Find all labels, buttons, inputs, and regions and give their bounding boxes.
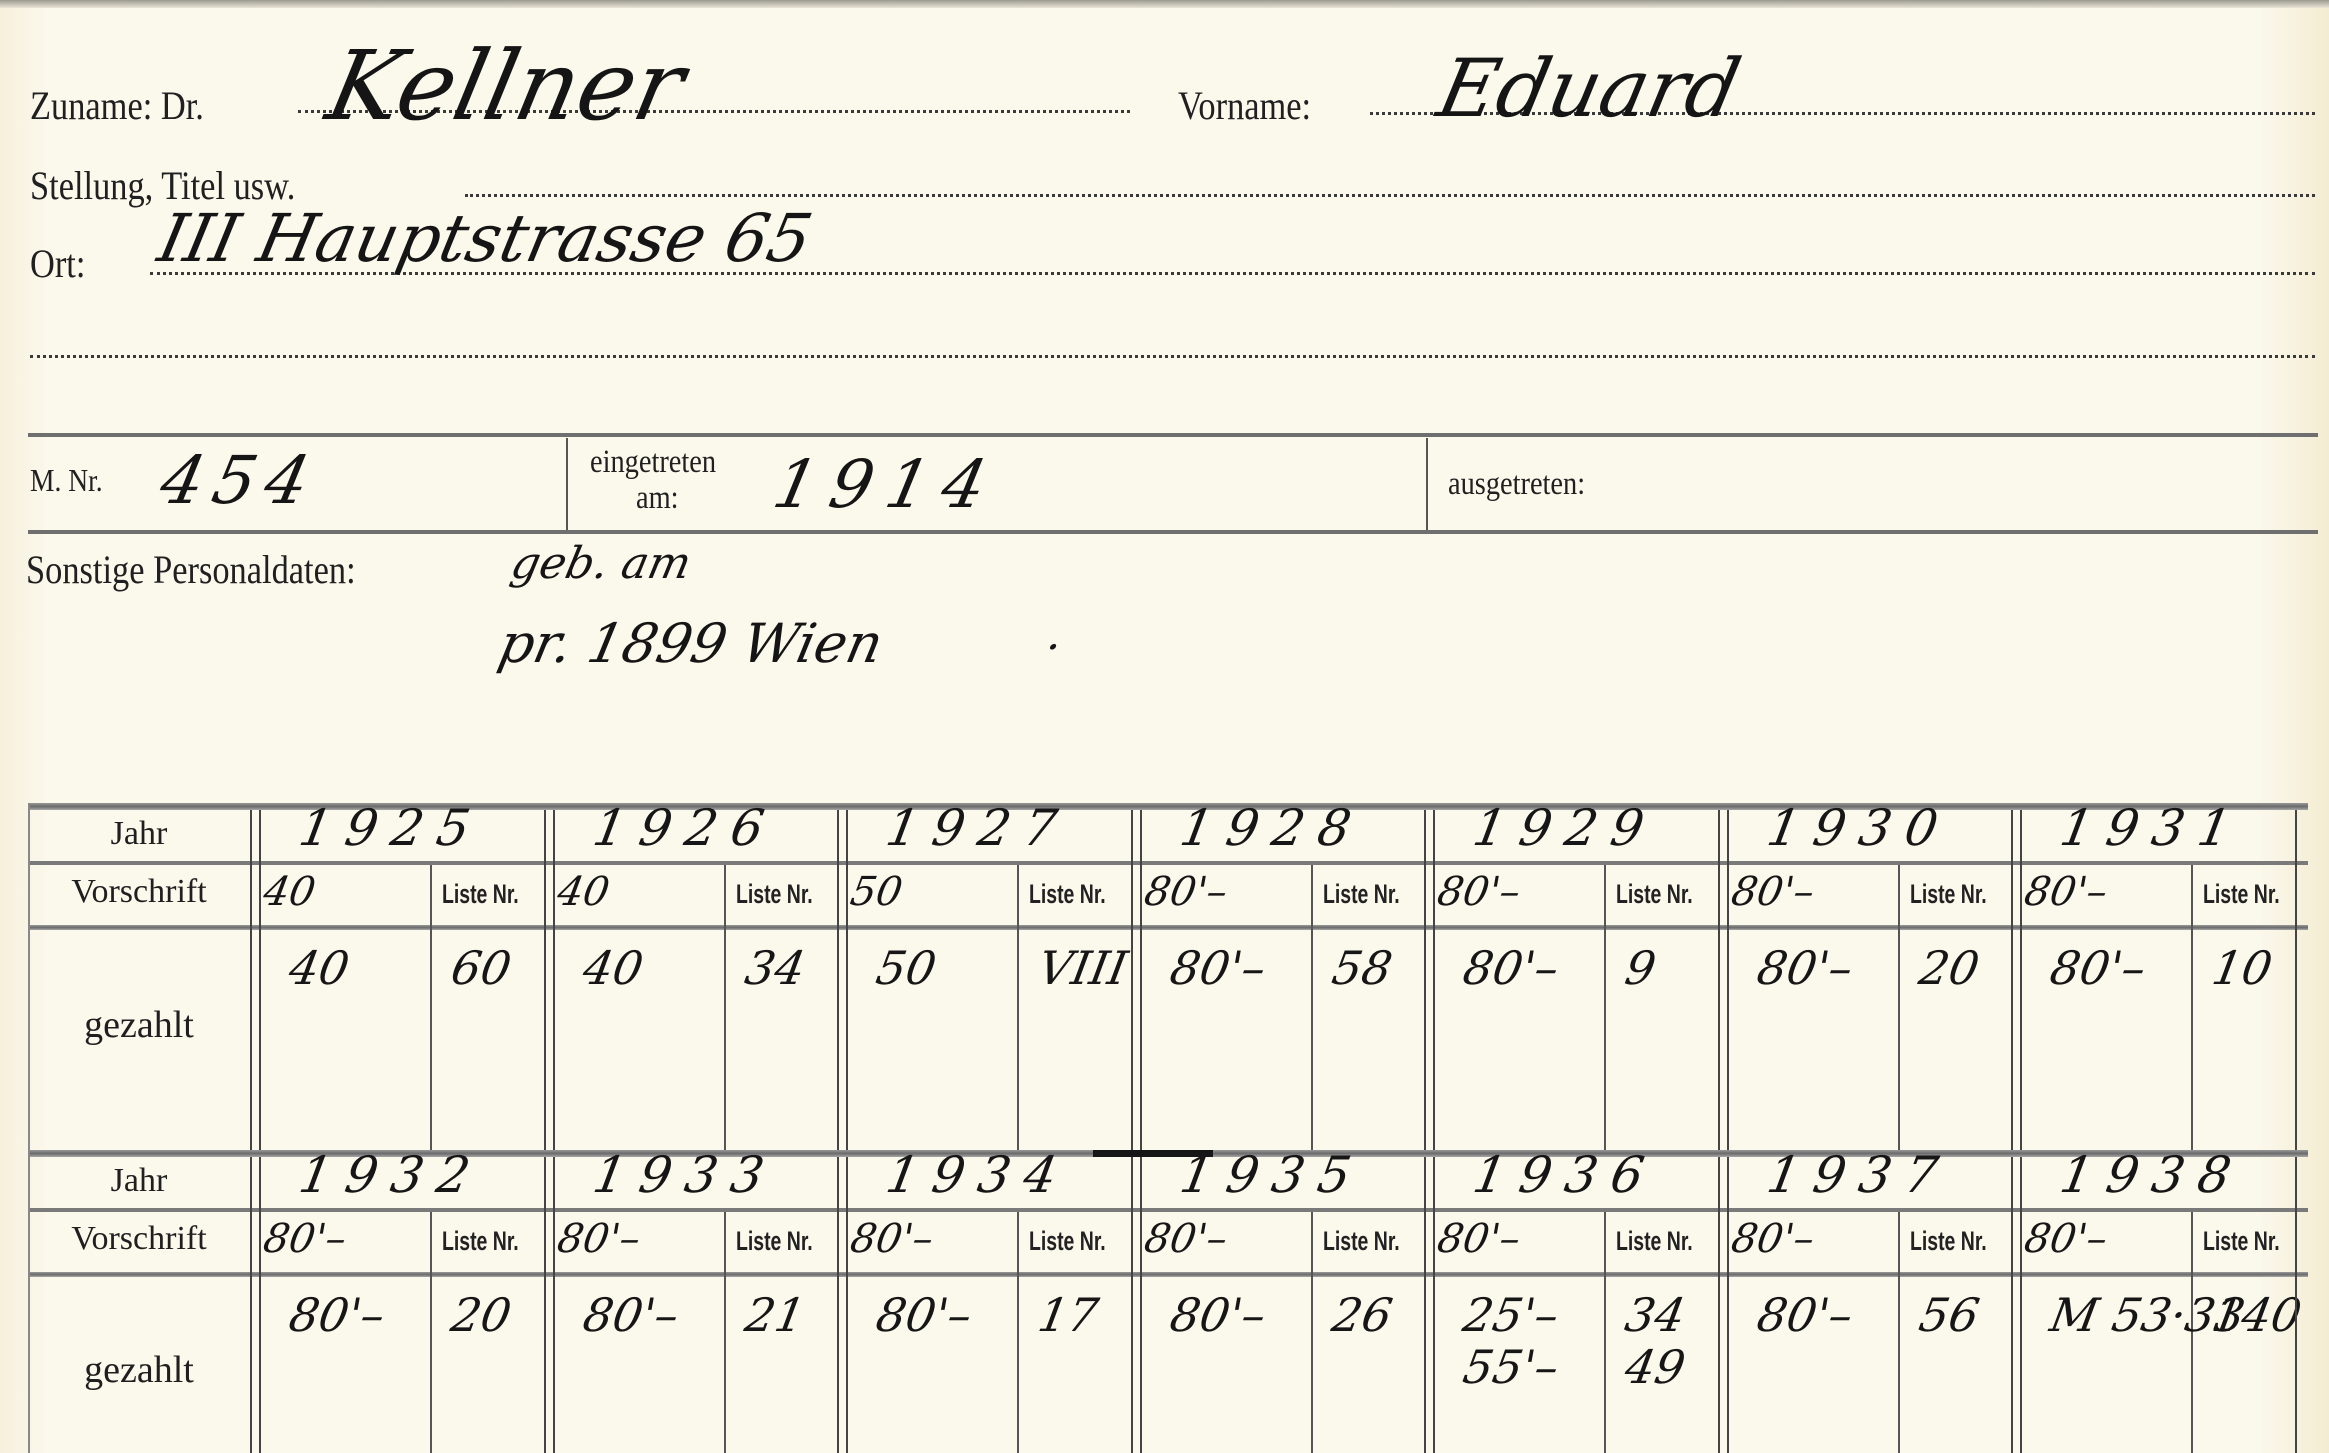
list-number-value: 20 [1915, 941, 1983, 995]
list-number-value: 21 [741, 1288, 809, 1342]
list-divider [430, 1212, 432, 1453]
membership-card: Zuname: Dr. Kellner Vorname: Eduard Stel… [0, 0, 2329, 1453]
column-divider [1131, 810, 1142, 1150]
column-divider [1718, 1157, 1729, 1453]
prescribed-value: 80'– [1140, 869, 1230, 915]
paid-value: 80'– [1459, 941, 1563, 995]
prescribed-value: 80'– [847, 1216, 937, 1262]
prescribed-value: 50 [847, 869, 906, 915]
prescribed-value: 80'– [1434, 869, 1524, 915]
list-number-header: Liste Nr. [736, 1226, 813, 1257]
payment-table: JahrVorschriftgezahlt192540Liste Nr.4060… [28, 0, 2308, 1453]
list-number-header: Liste Nr. [1029, 1226, 1106, 1257]
list-number-header: Liste Nr. [1323, 1226, 1400, 1257]
prescribed-value: 40 [260, 869, 319, 915]
column-divider [1424, 810, 1435, 1150]
year-value: 1928 [1175, 799, 1368, 857]
list-number-value: 58 [1328, 941, 1396, 995]
paid-value: 55'– [1459, 1340, 1563, 1394]
prescribed-value: 40 [553, 869, 612, 915]
list-number-value: VIII [1034, 941, 1131, 995]
column-divider [544, 810, 555, 1150]
list-number-value: 34 [741, 941, 809, 995]
list-number-header: Liste Nr. [2203, 879, 2280, 910]
column-divider [1131, 1157, 1142, 1453]
table-left-edge [28, 803, 30, 1453]
list-number-value: 10 [2208, 941, 2276, 995]
list-divider [1311, 1212, 1313, 1453]
paid-value: 40 [579, 941, 647, 995]
year-value: 1929 [1469, 799, 1662, 857]
list-number-value: 34 [1621, 1288, 1689, 1342]
list-number-header: Liste Nr. [1910, 879, 1987, 910]
list-number-header: Liste Nr. [2203, 1226, 2280, 1257]
year-value: 1926 [588, 799, 781, 857]
paid-value: 25'– [1459, 1288, 1563, 1342]
list-number-header: Liste Nr. [442, 1226, 519, 1257]
column-divider [2295, 1157, 2304, 1453]
column-divider [2011, 1157, 2022, 1453]
paid-value: 80'– [285, 1288, 389, 1342]
table-rule [28, 925, 2308, 930]
paid-value: 80'– [1166, 1288, 1270, 1342]
column-divider [250, 810, 261, 1150]
paid-value: 40 [285, 941, 353, 995]
row-label-paid: gezahlt [28, 1348, 250, 1392]
paid-value: 80'– [1753, 1288, 1857, 1342]
column-divider [837, 1157, 848, 1453]
prescribed-value: 80'– [1434, 1216, 1524, 1262]
column-divider [544, 1157, 555, 1453]
column-divider [2295, 810, 2304, 1150]
column-divider [1424, 1157, 1435, 1453]
list-number-header: Liste Nr. [1029, 879, 1106, 910]
paid-value: 80'– [1753, 941, 1857, 995]
list-number-value: 49 [1621, 1340, 1689, 1394]
list-divider [1898, 1212, 1900, 1453]
list-number-header: Liste Nr. [1910, 1226, 1987, 1257]
year-value: 1932 [295, 1146, 488, 1204]
list-number-value: 26 [1328, 1288, 1396, 1342]
prescribed-value: 80'– [2021, 869, 2111, 915]
list-number-value: 17 [1034, 1288, 1102, 1342]
list-divider [430, 865, 432, 1150]
year-value: 1936 [1469, 1146, 1662, 1204]
year-value: 1931 [2056, 799, 2249, 857]
list-number-value: 56 [1915, 1288, 1983, 1342]
row-label-year: Jahr [28, 815, 250, 853]
column-divider [250, 1157, 261, 1453]
list-number-header: Liste Nr. [1616, 879, 1693, 910]
list-number-header: Liste Nr. [736, 879, 813, 910]
list-divider [1604, 1212, 1606, 1453]
prescribed-value: 80'– [2021, 1216, 2111, 1262]
list-divider [1017, 865, 1019, 1150]
year-value: 1925 [295, 799, 488, 857]
list-number-value: 20 [447, 1288, 515, 1342]
paid-value: 80'– [579, 1288, 683, 1342]
year-value: 1934 [882, 1146, 1075, 1204]
prescribed-value: 80'– [260, 1216, 350, 1262]
list-divider [724, 865, 726, 1150]
table-rule [28, 1208, 2308, 1212]
table-rule [28, 1272, 2308, 1277]
list-number-header: Liste Nr. [442, 879, 519, 910]
list-divider [724, 1212, 726, 1453]
list-divider [1604, 865, 1606, 1150]
list-number-value: 140 [2208, 1288, 2305, 1342]
prescribed-value: 80'– [1727, 869, 1817, 915]
paid-value: 50 [872, 941, 940, 995]
year-value: 1930 [1762, 799, 1955, 857]
list-divider [1898, 865, 1900, 1150]
prescribed-value: 80'– [1727, 1216, 1817, 1262]
column-divider [2011, 810, 2022, 1150]
year-value: 1933 [588, 1146, 781, 1204]
row-label-year: Jahr [28, 1162, 250, 1200]
row-label-paid: gezahlt [28, 1003, 250, 1047]
paid-value: 80'– [2046, 941, 2150, 995]
row-label-prescribed: Vorschrift [28, 1220, 250, 1258]
year-value: 1937 [1762, 1146, 1955, 1204]
list-number-header: Liste Nr. [1323, 879, 1400, 910]
paid-value: 80'– [872, 1288, 976, 1342]
list-divider [2191, 865, 2193, 1150]
list-number-value: 60 [447, 941, 515, 995]
paid-value: 80'– [1166, 941, 1270, 995]
list-number-value: 9 [1621, 941, 1660, 995]
table-rule [28, 861, 2308, 865]
row-label-prescribed: Vorschrift [28, 873, 250, 911]
year-value: 1938 [2056, 1146, 2249, 1204]
column-divider [1718, 810, 1729, 1150]
column-divider [837, 810, 848, 1150]
list-number-header: Liste Nr. [1616, 1226, 1693, 1257]
year-value: 1927 [882, 799, 1075, 857]
list-divider [1017, 1212, 1019, 1453]
prescribed-value: 80'– [553, 1216, 643, 1262]
prescribed-value: 80'– [1140, 1216, 1230, 1262]
year-value: 1935 [1175, 1146, 1368, 1204]
list-divider [1311, 865, 1313, 1150]
